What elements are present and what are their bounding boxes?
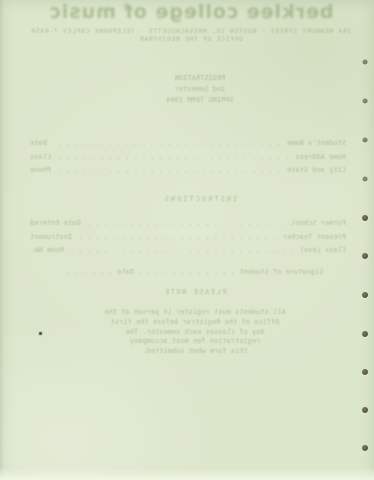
field-label: City and State (287, 166, 346, 174)
binder-hole (362, 215, 368, 221)
binder-hole (362, 331, 368, 337)
paragraph-line: Office of the Registrar before the first (16, 318, 374, 328)
paragraph-line: registration fee must accompany (16, 337, 374, 347)
paragraph-line: this form when submitted. (16, 347, 374, 357)
paragraph-line: All students must register in person at … (16, 308, 374, 318)
binder-hole (362, 369, 368, 375)
field-label: Present Teacher (283, 233, 346, 241)
binder-hole (362, 253, 368, 259)
binder-hole (362, 407, 368, 413)
dotted-rule: . . . . . . . . . . . . . . . . . . . . … (87, 219, 286, 227)
heading-line-1: REGISTRATION (26, 73, 374, 84)
bleedthrough-layer: berklee college of music 284 NEWBURY STR… (0, 0, 374, 480)
left-page-edge (0, 0, 4, 480)
field-label: Student's Name (287, 139, 346, 147)
form-row: Class Level . . . . . . . . . . . . . . … (30, 246, 346, 254)
binder-hole (362, 176, 367, 181)
ink-speck (39, 332, 42, 335)
signature-line: Signature of Student . . . . . . . . . .… (16, 268, 374, 276)
binder-hole (362, 98, 367, 103)
form-block-2: Former School . . . . . . . . . . . . . … (30, 219, 346, 259)
binder-hole (362, 59, 367, 64)
scanned-page: berklee college of music 284 NEWBURY STR… (0, 0, 374, 480)
heading-block: REGISTRATION 2nd Semester SPRING TERM 19… (26, 73, 374, 106)
field-label-right: Date (30, 139, 47, 147)
field-label-right: Date Entered (30, 219, 81, 227)
heading-line-3: SPRING TERM 1964 (26, 95, 374, 106)
field-label: Former School (291, 219, 346, 227)
dotted-rule: . . . . . . . . . . . . . . . . . . . . … (78, 233, 277, 241)
dotted-rule: . . . . . . . . . . . . . . . . . . . . … (70, 246, 294, 254)
dotted-rule: . . . . . . . . . . . . . . . . . . . . … (53, 139, 281, 147)
field-label: Home Address (295, 153, 346, 161)
form-row: Home Address . . . . . . . . . . . . . .… (30, 153, 346, 161)
binder-hole (362, 292, 368, 298)
bottom-page-edge (0, 467, 374, 480)
form-row: Student's Name . . . . . . . . . . . . .… (30, 139, 346, 147)
note-heading: PLEASE NOTE (16, 288, 374, 296)
section-heading: INSTRUCTIONS (26, 195, 374, 203)
form-row: City and State . . . . . . . . . . . . .… (30, 166, 346, 174)
instructions-paragraph: All students must register in person at … (16, 308, 374, 357)
binder-hole (362, 445, 368, 451)
dotted-rule: . . . . . . . . . . . . . . . . . . . . … (57, 166, 281, 174)
field-label: Class Level (300, 246, 346, 254)
address-line-1: 284 NEWBURY STREET · BOSTON 15, MASSACHU… (8, 27, 374, 35)
dotted-rule: . . . . . . . . . . . . . . . . . . . . … (57, 153, 289, 161)
field-label-right: Class (30, 153, 51, 161)
college-logo-text: berklee college of music (8, 1, 374, 23)
address-line-2: OFFICE OF THE REGISTRAR (8, 35, 374, 43)
form-block-1: Student's Name . . . . . . . . . . . . .… (30, 139, 346, 179)
field-label-right: Instrument (30, 233, 72, 241)
form-row: Former School . . . . . . . . . . . . . … (30, 219, 346, 227)
heading-line-2: 2nd Semester (26, 84, 374, 95)
field-label-right: Room No. (30, 246, 64, 254)
paragraph-line: day of classes each semester. The (16, 328, 374, 338)
binder-hole (362, 137, 367, 142)
form-row: Present Teacher . . . . . . . . . . . . … (30, 233, 346, 241)
field-label-right: Phone (30, 166, 51, 174)
